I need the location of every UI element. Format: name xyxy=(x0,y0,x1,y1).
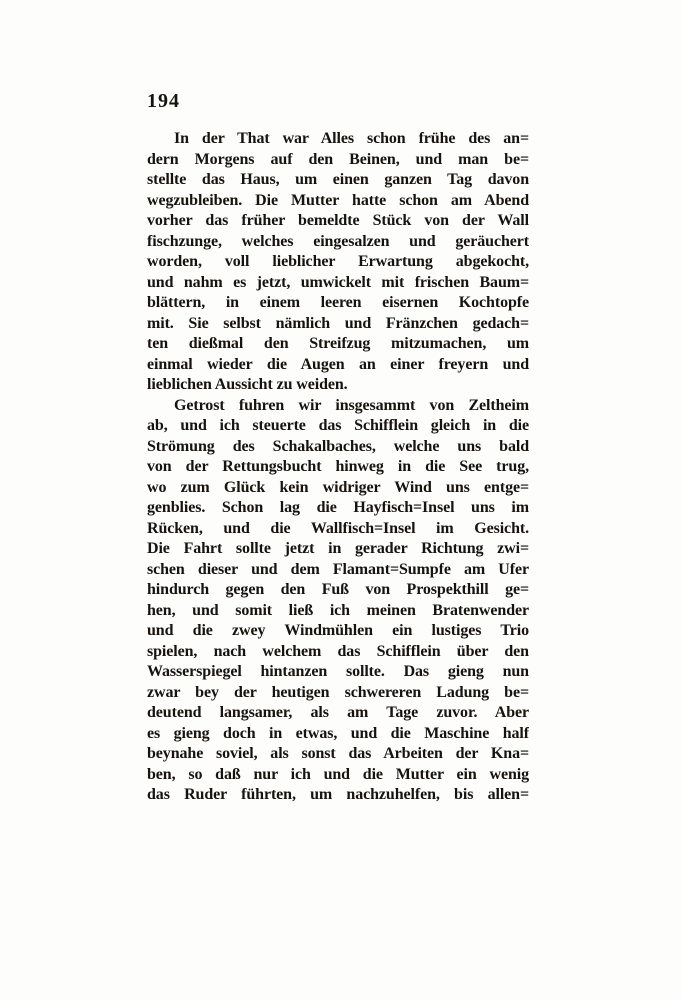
text-line: Die Fahrt sollte jetzt in gerader Richtu… xyxy=(147,539,529,560)
text-line: vorher das früher bemeldte Stück von der… xyxy=(147,211,529,232)
text-line: Strömung des Schakalbaches, welche uns b… xyxy=(147,437,529,458)
text-line: hen, und somit ließ ich meinen Bratenwen… xyxy=(147,601,529,622)
page-number: 194 xyxy=(147,90,180,113)
book-page: 194 In der That war Alles schon frühe de… xyxy=(0,0,681,1000)
text-line: worden, voll lieblicher Erwartung abgeko… xyxy=(147,252,529,273)
text-line: fischzunge, welches eingesalzen und gerä… xyxy=(147,232,529,253)
text-line: blättern, in einem leeren eisernen Kocht… xyxy=(147,293,529,314)
text-line: ben, so daß nur ich und die Mutter ein w… xyxy=(147,765,529,786)
text-line: stellte das Haus, um einen ganzen Tag da… xyxy=(147,170,529,191)
text-line: wo zum Glück kein widriger Wind uns entg… xyxy=(147,478,529,499)
text-line: mit. Sie selbst nämlich und Fränzchen ge… xyxy=(147,314,529,335)
text-line: In der That war Alles schon frühe des an… xyxy=(147,129,529,150)
text-line: lieblichen Aussicht zu weiden. xyxy=(147,375,529,396)
text-line: hindurch gegen den Fuß von Prospekthill … xyxy=(147,580,529,601)
text-line: deutend langsamer, als am Tage zuvor. Ab… xyxy=(147,703,529,724)
text-line: beynahe soviel, als sonst das Arbeiten d… xyxy=(147,744,529,765)
text-line: zwar bey der heutigen schwereren Ladung … xyxy=(147,683,529,704)
text-line: genblies. Schon lag die Hayfisch=Insel u… xyxy=(147,498,529,519)
text-line: das Ruder führten, um nachzuhelfen, bis … xyxy=(147,785,529,806)
text-line: spielen, nach welchem das Schifflein übe… xyxy=(147,642,529,663)
text-line: von der Rettungsbucht hinweg in die See … xyxy=(147,457,529,478)
text-line: und nahm es jetzt, umwickelt mit frische… xyxy=(147,273,529,294)
text-line: Rücken, und die Wallfisch=Insel im Gesic… xyxy=(147,519,529,540)
text-line: einmal wieder die Augen an einer freyern… xyxy=(147,355,529,376)
text-line: Wasserspiegel hintanzen sollte. Das gien… xyxy=(147,662,529,683)
text-line: ab, und ich steuerte das Schifflein glei… xyxy=(147,416,529,437)
text-line: ten dießmal den Streifzug mitzumachen, u… xyxy=(147,334,529,355)
text-line: schen dieser und dem Flamant=Sumpfe am U… xyxy=(147,560,529,581)
text-line: und die zwey Windmühlen ein lustiges Tri… xyxy=(147,621,529,642)
text-lines: In der That war Alles schon frühe des an… xyxy=(147,129,529,806)
text-line: dern Morgens auf den Beinen, und man be= xyxy=(147,150,529,171)
text-line: wegzubleiben. Die Mutter hatte schon am … xyxy=(147,191,529,212)
text-line: Getrost fuhren wir insgesammt von Zelthe… xyxy=(147,396,529,417)
text-line: es gieng doch in etwas, und die Maschine… xyxy=(147,724,529,745)
